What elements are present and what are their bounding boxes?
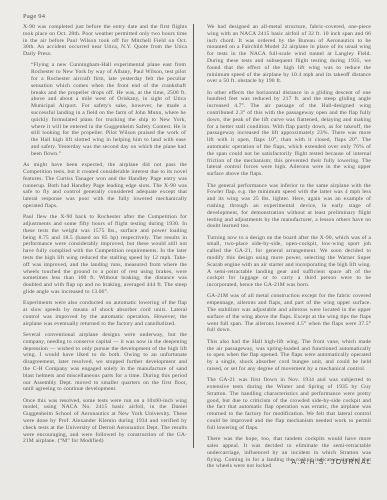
paragraph: Once this was resolved, some tests were … — [23, 398, 187, 446]
journal-footer-label: A.A.H.S. JOURNAL — [291, 459, 372, 466]
paragraph: Paul flew the X-90 back to Rochester aft… — [23, 214, 187, 296]
right-column: We had designed an all-metal structure, … — [207, 24, 371, 475]
paragraph: The GA-21 was first flown in Nov. 1934 a… — [207, 377, 371, 431]
journal-page: Page 94 X-90 was completed just before t… — [0, 0, 387, 500]
paragraph: Several conventional airplane designs we… — [23, 332, 187, 393]
paragraph: Experiments were also conducted on autom… — [23, 300, 187, 327]
paragraph: X-90 was completed just before the entry… — [23, 24, 187, 58]
paragraph: In other effects the horizontal distance… — [207, 90, 371, 178]
paragraph: This also had the Hall high-lift wing. T… — [207, 339, 371, 373]
paragraph: GA-21M was of all metal construction exc… — [207, 293, 371, 334]
column-divider-rule — [193, 24, 194, 448]
newspaper-quote-paragraph: “Flying a new Cunningham-Hall experiment… — [23, 62, 187, 157]
paragraph: Turning now to a design on the board aft… — [207, 235, 371, 289]
paragraph: We had designed an all-metal structure, … — [207, 24, 371, 85]
paragraph: The general performance was inferior to … — [207, 183, 371, 231]
text-columns: X-90 was completed just before the entry… — [23, 24, 371, 475]
left-column: X-90 was completed just before the entry… — [23, 24, 187, 450]
paragraph: As might have been expected, the airplan… — [23, 162, 187, 210]
page-number: Page 94 — [23, 13, 45, 20]
